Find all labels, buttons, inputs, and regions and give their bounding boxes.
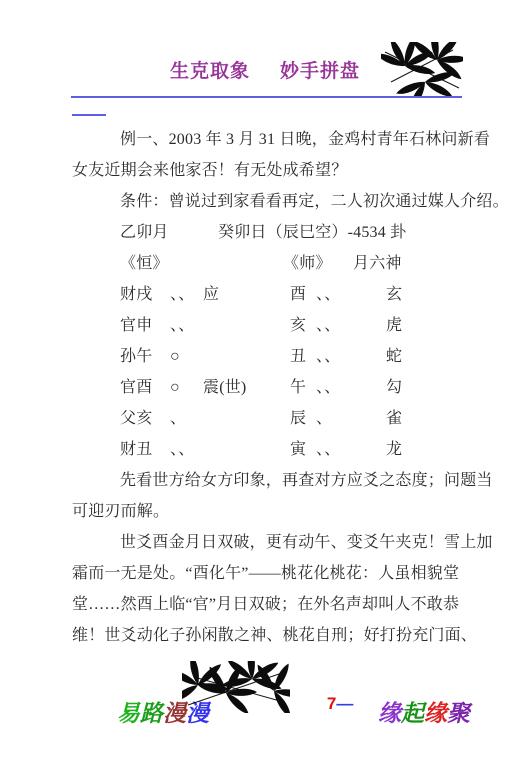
- line-marker: 震(世): [203, 372, 246, 403]
- line-god: 龙: [386, 434, 402, 465]
- brand-char: 起: [401, 701, 424, 726]
- maple-leaves-icon: [182, 661, 290, 713]
- line-symbol: ○: [170, 372, 180, 403]
- line-branch: 辰: [290, 403, 306, 434]
- line-symbol: 、、: [170, 434, 194, 465]
- hexagram-row: 财戌 、、 应 酉 、、 玄: [72, 279, 466, 310]
- line-branch: 亥: [290, 310, 306, 341]
- day-pillar: 癸卯日（辰巳空）-4534 卦: [218, 217, 406, 248]
- line-symbol-right: 、、: [316, 310, 340, 341]
- hexagram-row: 财丑 、、 寅 、、 龙: [72, 434, 466, 465]
- line-branch: 丑: [290, 341, 306, 372]
- brand-char: 缘: [424, 701, 447, 726]
- month-pillar: 乙卯月: [120, 217, 169, 248]
- hexagram-name-right: 《师》: [283, 248, 332, 279]
- line-symbol: 、、: [170, 310, 194, 341]
- line-god: 虎: [386, 310, 402, 341]
- analysis-line: 可迎刃而解。: [72, 496, 466, 527]
- line-name: 财丑: [120, 434, 152, 465]
- intro-line: 女友近期会来他家否！有无处成希望？: [72, 155, 466, 186]
- six-gods-header: 月六神: [353, 248, 402, 279]
- line-branch: 寅: [290, 434, 306, 465]
- intro-line: 条件：曾说过到家看看再定，二人初次通过媒人介绍。: [72, 186, 466, 217]
- hexagram-row: 孙午 ○ 丑 、、 蛇: [72, 341, 466, 372]
- line-name: 官酉: [120, 372, 152, 403]
- brand-char: 缘: [378, 701, 401, 726]
- analysis-line: 堂……然酉上临“官”月日双破；在外名声却叫人不敢恭: [72, 589, 466, 620]
- ganzhi-line: 乙卯月 癸卯日（辰巳空）-4534 卦: [72, 217, 466, 248]
- header-title-right: 妙手拼盘: [280, 56, 360, 83]
- hexagram-titles-row: 《恒》 《师》 月六神: [72, 248, 466, 279]
- line-name: 父亥: [120, 403, 152, 434]
- bamboo-leaves-icon: [381, 42, 463, 96]
- analysis-line: 霜而一无是处。“酉化午”——桃花化桃花：人虽相貌堂: [72, 558, 466, 589]
- footer-brand-right: 缘起缘聚: [355, 669, 470, 754]
- line-symbol: ○: [170, 341, 180, 372]
- intro-line: 例一、2003 年 3 月 31 日晚，金鸡村青年石林问新看: [72, 124, 466, 155]
- book-page: 生克取象 妙手拼盘 例一、2003 年 3 月 31 日晚，金鸡村青年石林问新: [0, 0, 532, 771]
- line-branch: 酉: [290, 279, 306, 310]
- analysis-line: 先看世方给女方印象，再查对方应爻之态度；问题当: [72, 465, 466, 496]
- hexagram-row: 官酉 ○ 震(世) 午 、、 勾: [72, 372, 466, 403]
- page-number-dash: —: [336, 694, 353, 713]
- line-god: 玄: [386, 279, 402, 310]
- line-symbol: 、、: [170, 279, 194, 310]
- hexagram-row: 官申 、、 亥 、、 虎: [72, 310, 466, 341]
- line-symbol-right: 、、: [316, 341, 340, 372]
- line-name: 孙午: [120, 341, 152, 372]
- line-god: 勾: [386, 372, 402, 403]
- line-symbol-right: 、、: [316, 372, 340, 403]
- brand-char: 路: [140, 701, 163, 726]
- body-text: 例一、2003 年 3 月 31 日晚，金鸡村青年石林问新看 女友近期会来他家否…: [72, 124, 466, 651]
- line-symbol-right: 、、: [316, 434, 340, 465]
- analysis-line: 维！世爻动化子孙闲散之神、桃花自刑；好打扮充门面、: [72, 620, 466, 651]
- header-divider-short-line: [72, 114, 106, 116]
- header-divider-line: [71, 96, 462, 98]
- line-symbol: 、: [170, 403, 186, 434]
- line-god: 蛇: [386, 341, 402, 372]
- line-branch: 午: [290, 372, 306, 403]
- line-name: 财戌: [120, 279, 152, 310]
- hexagram-row: 父亥 、 辰 、 雀: [72, 403, 466, 434]
- page-number: 7: [327, 694, 336, 713]
- page-number-block: 7—: [308, 674, 353, 734]
- brand-char: 聚: [447, 701, 470, 726]
- analysis-line: 世爻酉金月日双破，更有动午、变爻午夹克！雪上加: [72, 527, 466, 558]
- brand-char: 易: [117, 701, 140, 726]
- header-title-left: 生克取象: [170, 56, 250, 83]
- hexagram-name-left: 《恒》: [120, 248, 169, 279]
- line-symbol-right: 、: [316, 403, 332, 434]
- line-marker: 应: [203, 279, 219, 310]
- line-god: 雀: [386, 403, 402, 434]
- line-symbol-right: 、、: [316, 279, 340, 310]
- line-name: 官申: [120, 310, 152, 341]
